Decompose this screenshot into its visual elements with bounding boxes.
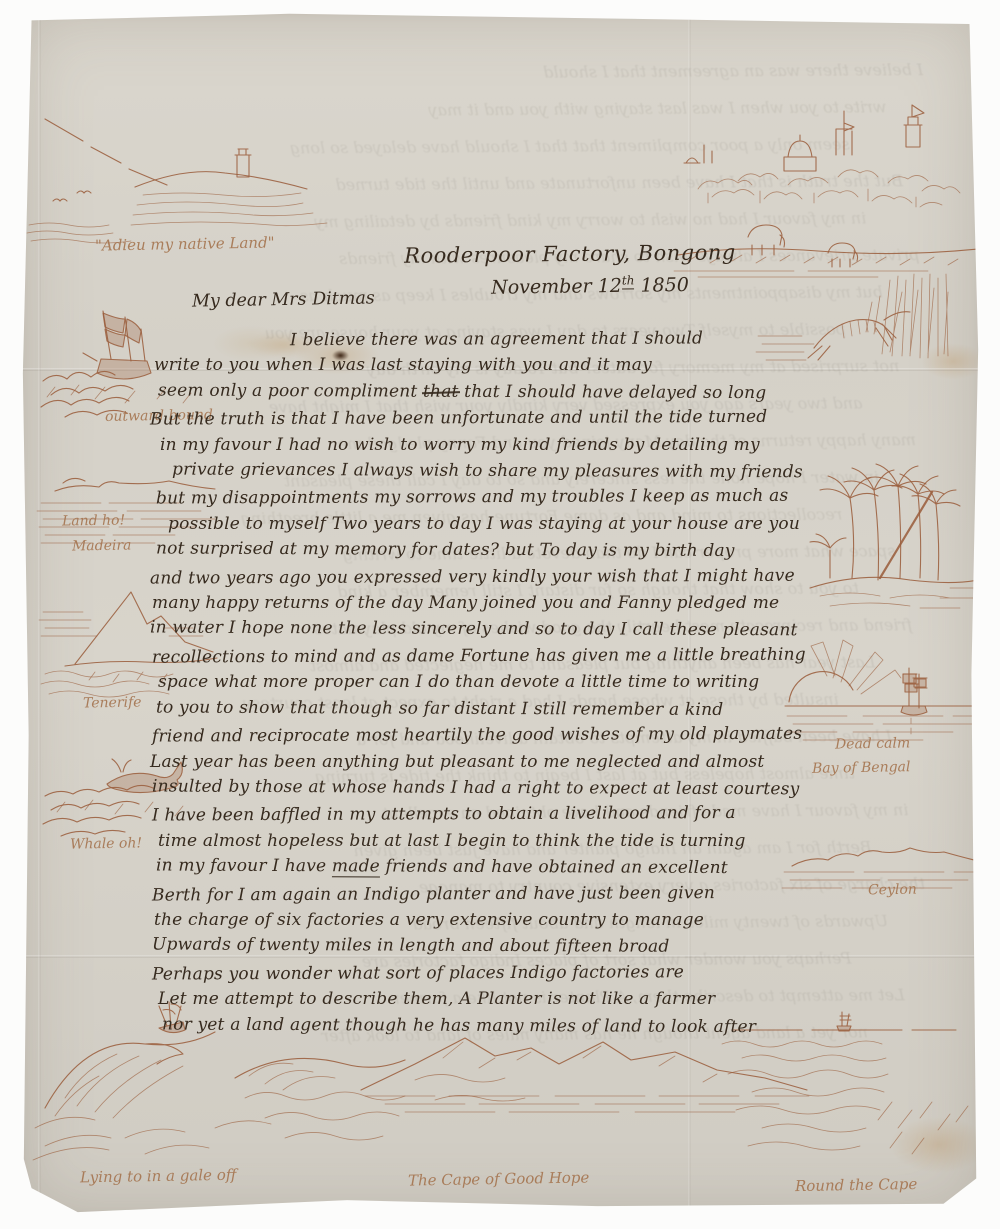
letter-line: but my disappointments my sorrows and my… xyxy=(156,483,850,512)
caption-tenerife: Tenerife xyxy=(83,694,142,711)
letter-line: I have been baffled in my attempts to ob… xyxy=(152,800,850,829)
date-month-day: November 12 xyxy=(491,275,622,299)
letter-line: space what more proper can I do than dev… xyxy=(158,669,850,695)
letter-line: in water I hope none the less sincerely … xyxy=(150,615,850,644)
letter-sheet: I believe there was an agreement that I … xyxy=(20,12,982,1217)
caption-madeira: Madeira xyxy=(72,537,132,554)
letter-line: many happy returns of the day Many joine… xyxy=(152,590,850,616)
letter-date-heading: November 12th 1850 xyxy=(420,272,760,300)
letter-line: the charge of six factories a very exten… xyxy=(154,907,850,933)
letter-line: seem only a poor compliment that that I … xyxy=(158,377,850,406)
letter-salutation: My dear Mrs Ditmas xyxy=(192,288,375,311)
letter-line: friend and reciprocate most heartily the… xyxy=(152,721,850,750)
letter-place-heading: Rooderpoor Factory, Bongong xyxy=(340,240,800,269)
photographed-letter: I believe there was an agreement that I … xyxy=(0,0,1000,1229)
letter-line: nor yet a land agent though he has many … xyxy=(162,1011,850,1040)
letter-line: recollections to mind and as dame Fortun… xyxy=(152,641,850,670)
caption-round-the-cape: Round the Cape xyxy=(795,1175,918,1195)
caption-lying-to-gale: Lying to in a gale off xyxy=(80,1166,237,1187)
date-ordinal: th xyxy=(622,273,635,289)
letter-line: Berth for I am again an Indigo planter a… xyxy=(152,879,850,908)
letter-line: not surprised at my memory for dates? bu… xyxy=(156,536,850,565)
letter-line: Let me attempt to describe them, A Plant… xyxy=(158,986,850,1012)
letter-line: to you to show that though so far distan… xyxy=(156,694,850,723)
letter-line: private grievances I always wish to shar… xyxy=(172,457,850,486)
letter-body: I believe there was an agreement that I … xyxy=(150,326,850,1039)
letter-line: Upwards of twenty miles in length and ab… xyxy=(152,932,850,961)
letter-line: Perhaps you wonder what sort of places I… xyxy=(152,958,850,987)
letter-line: possible to myself Two years to day I wa… xyxy=(168,511,850,537)
letter-line: and two years ago you expressed very kin… xyxy=(150,562,850,591)
letter-line: in my favour I had no wish to worry my k… xyxy=(160,432,850,458)
letter-line: insulted by those at whose hands I had a… xyxy=(152,773,850,802)
caption-cape-of-good-hope: The Cape of Good Hope xyxy=(408,1168,590,1189)
caption-whale-oh: Whale oh! xyxy=(70,835,142,852)
date-year: 1850 xyxy=(640,274,689,297)
letter-line: I believe there was an agreement that I … xyxy=(290,325,850,354)
letter-line: Last year has been anything but pleasant… xyxy=(150,749,850,775)
letter-line: But the truth is that I have been unfort… xyxy=(150,404,850,433)
letter-line: write to you when I was last staying wit… xyxy=(154,352,850,378)
letter-line: time almost hopeless but at last I begin… xyxy=(158,828,850,854)
caption-land-ho: Land ho! xyxy=(62,512,125,529)
caption-ceylon: Ceylon xyxy=(868,882,917,899)
caption-adieu-native-land: "Adieu my native Land" xyxy=(95,233,275,254)
letter-line: in my favour I have made friends and hav… xyxy=(156,853,850,882)
